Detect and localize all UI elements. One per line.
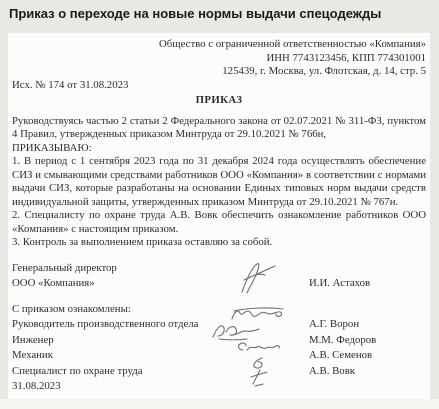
org-inn-kpp: ИНН 7743123456, КПП 774301001: [12, 52, 426, 66]
order-document: Общество с ограниченной ответственностью…: [8, 33, 430, 399]
acknowledged-name: А.В. Семенов: [309, 349, 372, 363]
order-item-3: 3. Контроль за выполнением приказа остав…: [12, 236, 426, 250]
acknowledged-name: М.М. Федоров: [309, 334, 376, 348]
ellipsis-mark: <...>: [12, 396, 426, 400]
signature-fedorov-icon: [211, 321, 267, 341]
signature-vovk-icon: [246, 356, 272, 388]
page-bottom-strip: [0, 399, 439, 409]
org-header: Общество с ограниченной ответственностью…: [12, 38, 426, 79]
org-address: 125439, г. Москва, ул. Флотская, д. 14, …: [12, 65, 426, 79]
acknowledged-title: Руководитель производственного отдела: [12, 318, 198, 330]
spacer: [12, 293, 426, 303]
order-word: ПРИКАЗЫВАЮ:: [12, 142, 426, 156]
preamble-paragraph: Руководствуясь частью 2 статьи 2 Федерал…: [12, 115, 426, 142]
acknowledged-name: А.В. Вовк: [309, 365, 355, 379]
signer-name-row: ООО «Компания» И.И. Астахов: [12, 277, 426, 293]
signer-title-line2: ООО «Компания»: [12, 277, 95, 289]
acknowledged-row: Специалист по охране труда А.В. Вовк: [12, 365, 426, 381]
order-item-1: 1. В период с 1 сентября 2023 года по 31…: [12, 155, 426, 209]
signer-title-row: Генеральный директор: [12, 262, 426, 278]
outgoing-number: Исх. № 174 от 31.08.2023: [12, 79, 426, 93]
document-type-heading: ПРИКАЗ: [12, 94, 426, 108]
page-title: Приказ о переходе на новые нормы выдачи …: [9, 6, 429, 21]
signer-title-line1: Генеральный директор: [12, 262, 117, 274]
acknowledged-name: А.Г. Ворон: [309, 318, 359, 332]
document-date: 31.08.2023: [12, 380, 426, 396]
acknowledged-heading: С приказом ознакомлены:: [12, 303, 426, 319]
acknowledged-title: Специалист по охране труда: [12, 365, 143, 377]
acknowledged-row: Механик А.В. Семенов: [12, 349, 426, 365]
acknowledged-title: Инженер: [12, 334, 54, 346]
order-item-2: 2. Специалисту по охране труда А.В. Вовк…: [12, 209, 426, 236]
document-preview-page: Приказ о переходе на новые нормы выдачи …: [0, 0, 439, 409]
org-name: Общество с ограниченной ответственностью…: [12, 38, 426, 52]
signer-name: И.И. Астахов: [309, 277, 370, 291]
signature-astakhov-icon: [235, 259, 279, 295]
acknowledged-title: Механик: [12, 349, 53, 361]
signature-semenov-icon: [234, 340, 282, 357]
